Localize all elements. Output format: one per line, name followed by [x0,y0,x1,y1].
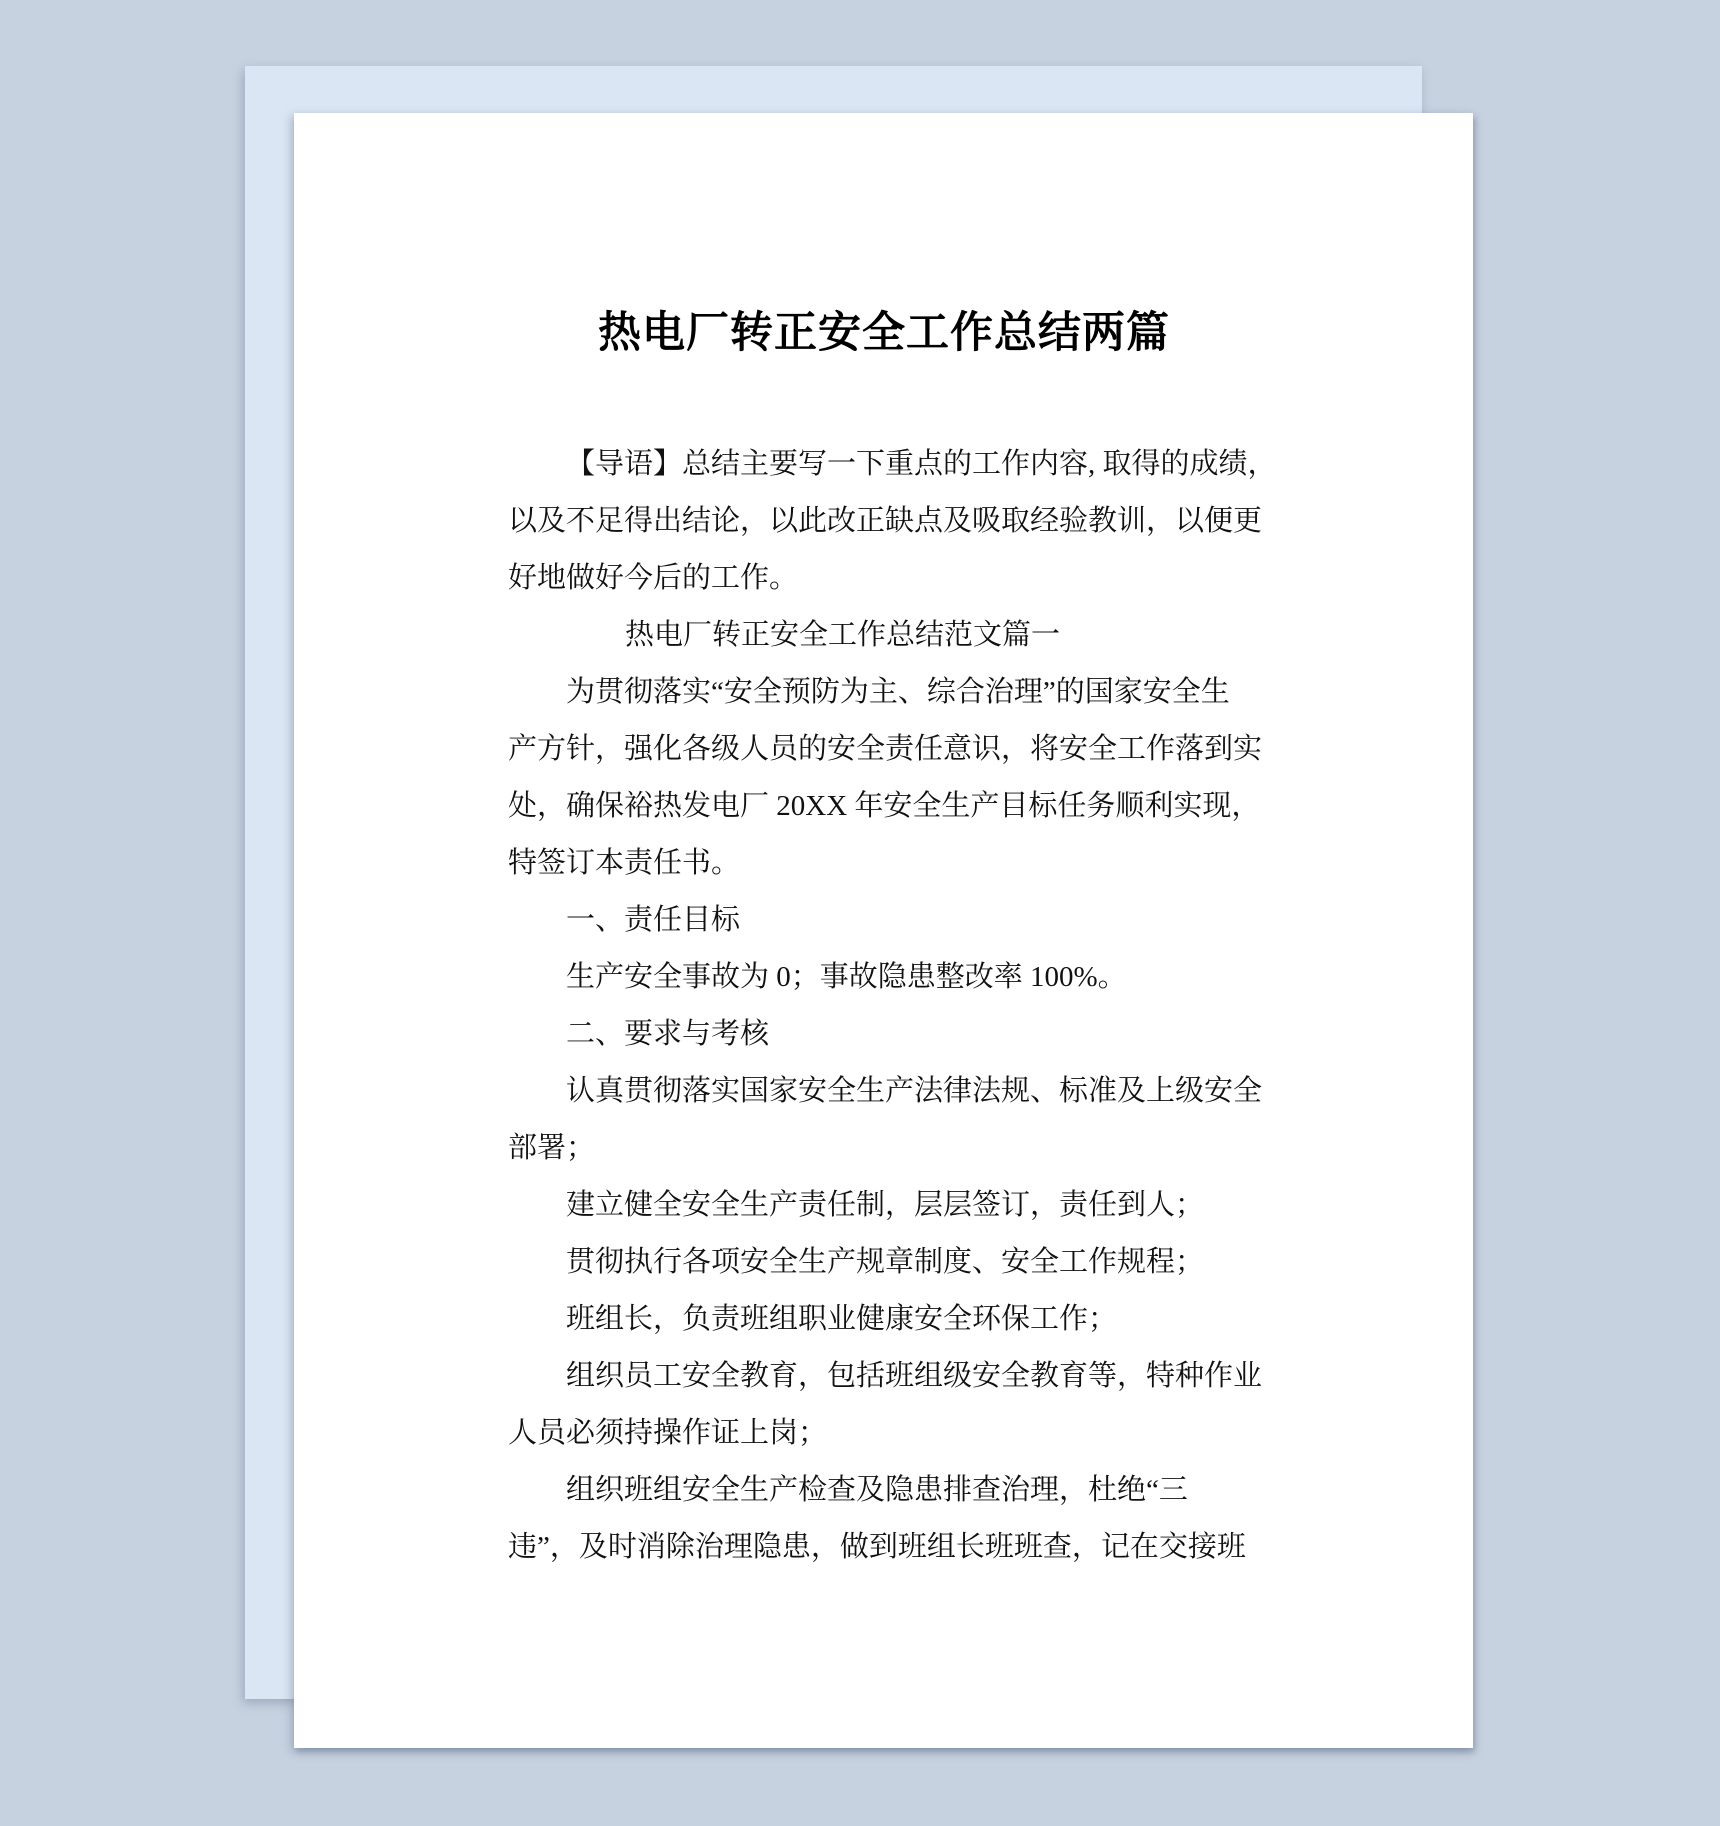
document-title: 热电厂转正安全工作总结两篇 [508,303,1260,363]
body-line: 部署； [508,1120,1260,1177]
page-content: 热电厂转正安全工作总结两篇 【导语】总结主要写一下重点的工作内容, 取得的成绩，… [294,303,1473,1576]
body-line: 好地做好今后的工作。 [508,550,1260,607]
body-line: 班组长，负责班组职业健康安全环保工作； [508,1291,1260,1348]
body-line: 以及不足得出结论，以此改正缺点及吸取经验教训，以便更 [508,493,1260,550]
body-line: 生产安全事故为 0；事故隐患整改率 100%。 [508,949,1260,1006]
body-line: 二、要求与考核 [508,1006,1260,1063]
body-line: 处，确保裕热发电厂 20XX 年安全生产目标任务顺利实现， [508,778,1260,835]
body-line: 组织班组安全生产检查及隐患排查治理，杜绝“三 [508,1462,1260,1519]
body-line: 人员必须持操作证上岗； [508,1405,1260,1462]
body-line: 建立健全安全生产责任制，层层签订，责任到人； [508,1177,1260,1234]
body-line: 贯彻执行各项安全生产规章制度、安全工作规程； [508,1234,1260,1291]
body-line: 组织员工安全教育，包括班组级安全教育等，特种作业 [508,1348,1260,1405]
document-page: 热电厂转正安全工作总结两篇 【导语】总结主要写一下重点的工作内容, 取得的成绩，… [294,113,1473,1748]
body-line: 热电厂转正安全工作总结范文篇一 [508,607,1260,664]
body-line: 产方针，强化各级人员的安全责任意识，将安全工作落到实 [508,721,1260,778]
body-lines: 【导语】总结主要写一下重点的工作内容, 取得的成绩，以及不足得出结论，以此改正缺… [508,436,1260,1576]
body-line: 认真贯彻落实国家安全生产法律法规、标准及上级安全 [508,1063,1260,1120]
body-line: 特签订本责任书。 [508,835,1260,892]
body-line: 为贯彻落实“安全预防为主、综合治理”的国家安全生 [508,664,1260,721]
document-preview-canvas: 热电厂转正安全工作总结两篇 【导语】总结主要写一下重点的工作内容, 取得的成绩，… [0,0,1720,1826]
body-line: 【导语】总结主要写一下重点的工作内容, 取得的成绩， [508,436,1260,493]
body-line: 违”，及时消除治理隐患，做到班组长班班查，记在交接班 [508,1519,1260,1576]
body-line: 一、责任目标 [508,892,1260,949]
